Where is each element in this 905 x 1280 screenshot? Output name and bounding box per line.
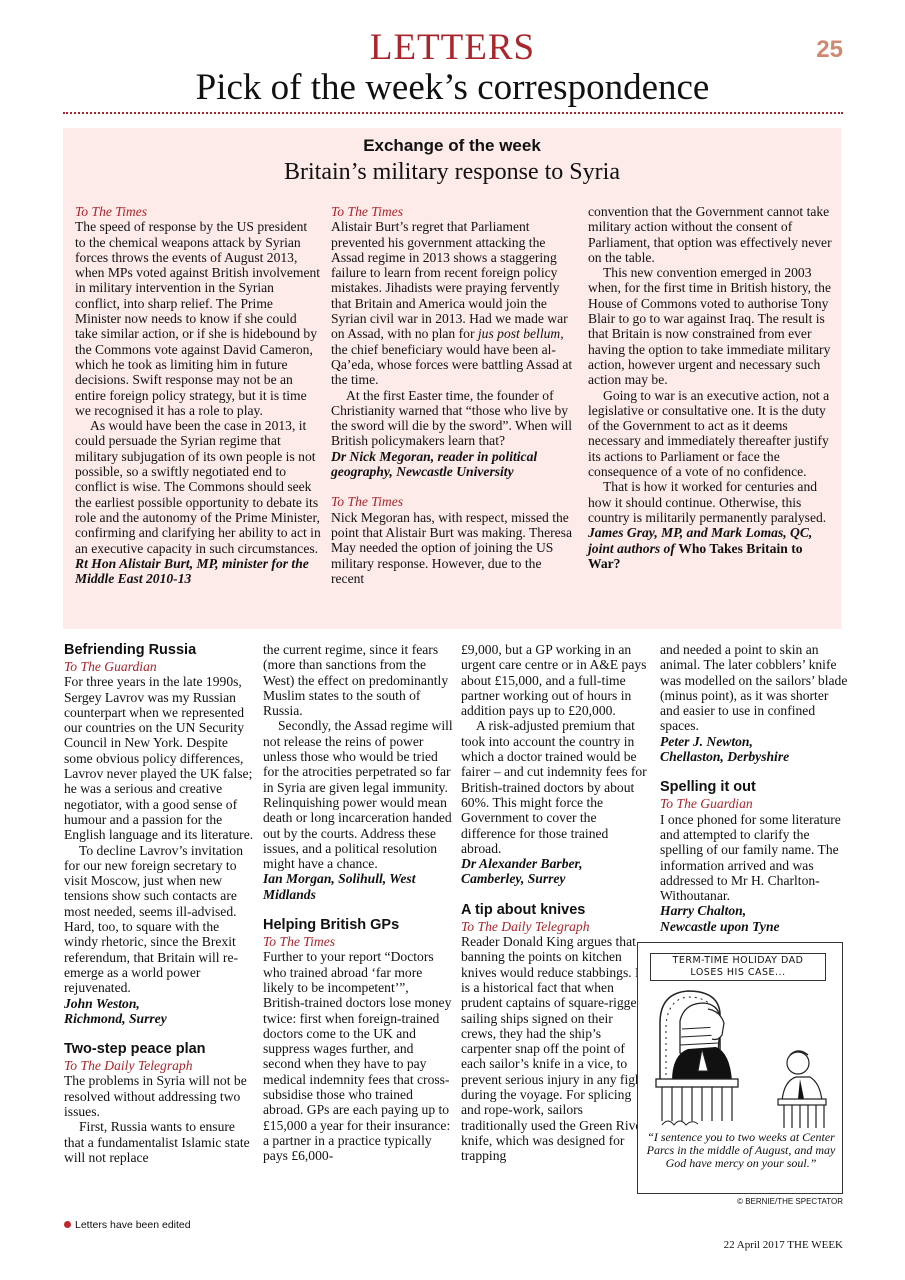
exchange-column-1: To The Times The speed of response by th…	[75, 204, 321, 586]
letter-paragraph: Secondly, the Assad regime will not rele…	[263, 718, 453, 871]
letter-signature: Harry Chalton,	[660, 903, 850, 918]
letter-recipient: To The Times	[263, 934, 453, 949]
letter-recipient: To The Times	[331, 204, 577, 219]
letter-paragraph: Going to war is an executive action, not…	[588, 388, 834, 480]
spacer	[263, 902, 453, 917]
cartoon-headline-line: TERM-TIME HOLIDAY DAD	[651, 955, 825, 967]
letter-paragraph: The problems in Syria will not be resolv…	[64, 1073, 254, 1119]
cartoon-credit: © BERNIE/THE SPECTATOR	[640, 1197, 843, 1206]
exchange-column-3: convention that the Government cannot ta…	[588, 204, 834, 571]
letter-signature: Dr Nick Megoran, reader in political geo…	[331, 449, 577, 480]
letter-signature: James Gray, MP, and Mark Lomas, QC, join…	[588, 525, 834, 571]
cartoon-caption: “I sentence you to two weeks at Center P…	[646, 1131, 836, 1170]
dotted-divider	[63, 112, 843, 114]
letter-paragraph: Reader Donald King argues that banning t…	[461, 934, 651, 1163]
letter-paragraph: convention that the Government cannot ta…	[588, 204, 834, 265]
letter-recipient: To The Guardian	[64, 659, 254, 674]
cartoon-drawing-judge-and-defendant	[638, 983, 842, 1128]
letter-signature: Peter J. Newton,	[660, 734, 850, 749]
letters-column-3: £9,000, but a GP working in an urgent ca…	[461, 642, 651, 1164]
letter-heading: Spelling it out	[660, 779, 850, 796]
text-run: Alistair Burt’s regret that Parliament p…	[331, 219, 568, 341]
exchange-column-2: To The Times Alistair Burt’s regret that…	[331, 204, 577, 586]
letter-paragraph: A risk-adjusted premium that took into a…	[461, 718, 651, 856]
letter-signature: John Weston,	[64, 996, 254, 1011]
letter-paragraph: and needed a point to skin an animal. Th…	[660, 642, 850, 734]
page-number: 25	[816, 36, 843, 64]
letter-paragraph: To decline Lavrov’s invitation for our n…	[64, 843, 254, 996]
letters-column-1: Befriending Russia To The Guardian For t…	[64, 642, 254, 1165]
letter-paragraph: First, Russia wants to ensure that a fun…	[64, 1119, 254, 1165]
letter-heading: A tip about knives	[461, 902, 651, 919]
page-subtitle: Pick of the week’s correspondence	[60, 68, 845, 108]
latin-phrase: jus post bellum	[478, 326, 560, 341]
letter-signature: Newcastle upon Tyne	[660, 919, 850, 934]
letter-recipient: To The Guardian	[660, 796, 850, 811]
letter-paragraph: For three years in the late 1990s, Serge…	[64, 674, 254, 842]
cartoon: TERM-TIME HOLIDAY DAD LOSES HIS CASE... …	[637, 942, 843, 1194]
letter-paragraph: This new convention emerged in 2003 when…	[588, 265, 834, 387]
letter-paragraph: At the first Easter time, the founder of…	[331, 388, 577, 449]
letter-paragraph: Further to your report “Doctors who trai…	[263, 949, 453, 1163]
letter-signature: Chellaston, Derbyshire	[660, 749, 850, 764]
letter-paragraph: As would have been the case in 2013, it …	[75, 418, 321, 556]
letters-column-2: the current regime, since it fears (more…	[263, 642, 453, 1164]
page-footer-dateline: 22 April 2017 THE WEEK	[724, 1239, 843, 1251]
spacer	[660, 764, 850, 779]
letter-signature: Camberley, Surrey	[461, 871, 651, 886]
bullet-icon	[64, 1221, 71, 1228]
letter-signature: Ian Morgan, Solihull, West Midlands	[263, 871, 453, 902]
letter-paragraph: the current regime, since it fears (more…	[263, 642, 453, 718]
letter-paragraph: The speed of response by the US presiden…	[75, 219, 321, 418]
letter-heading: Helping British GPs	[263, 917, 453, 934]
letter-paragraph: £9,000, but a GP working in an urgent ca…	[461, 642, 651, 718]
letters-column-4: and needed a point to skin an animal. Th…	[660, 642, 850, 934]
letter-heading: Befriending Russia	[64, 642, 254, 659]
spacer	[64, 1026, 254, 1041]
section-title: LETTERS	[60, 28, 845, 68]
letter-signature: Richmond, Surrey	[64, 1011, 254, 1026]
letter-paragraph: I once phoned for some literature and at…	[660, 812, 850, 904]
letter-paragraph: That is how it worked for centuries and …	[588, 479, 834, 525]
spacer	[461, 887, 651, 902]
letter-signature: Dr Alexander Barber,	[461, 856, 651, 871]
edited-note: Letters have been edited	[64, 1219, 191, 1231]
cartoon-headline-line: LOSES HIS CASE...	[651, 967, 825, 979]
letter-recipient: To The Times	[331, 494, 577, 509]
letter-recipient: To The Daily Telegraph	[64, 1058, 254, 1073]
cartoon-headline: TERM-TIME HOLIDAY DAD LOSES HIS CASE...	[650, 953, 826, 981]
letter-recipient: To The Times	[75, 204, 321, 219]
edited-note-text: Letters have been edited	[75, 1219, 191, 1231]
letter-paragraph: Nick Megoran has, with respect, missed t…	[331, 510, 577, 586]
letter-signature: Rt Hon Alistair Burt, MP, minister for t…	[75, 556, 321, 587]
letter-paragraph: Alistair Burt’s regret that Parliament p…	[331, 219, 577, 387]
spacer	[331, 479, 577, 494]
exchange-kicker: Exchange of the week	[63, 136, 841, 156]
exchange-of-the-week: Exchange of the week Britain’s military …	[63, 128, 841, 629]
letter-recipient: To The Daily Telegraph	[461, 919, 651, 934]
letter-heading: Two-step peace plan	[64, 1041, 254, 1058]
page-header: LETTERS Pick of the week’s correspondenc…	[60, 28, 845, 108]
exchange-title: Britain’s military response to Syria	[63, 159, 841, 186]
